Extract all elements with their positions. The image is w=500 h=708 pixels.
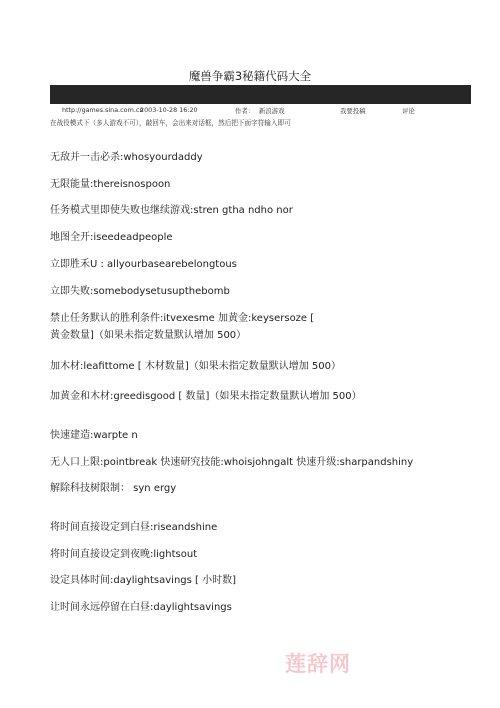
cheat-line: 快速建造:warpte n	[50, 430, 138, 442]
comment-link[interactable]: 评论	[402, 106, 415, 115]
cheat-line: 地图全开:iseedeadpeople	[50, 232, 173, 244]
cheat-line: 让时间永远停留在白昼:daylightsavings	[50, 602, 232, 614]
cheat-line: 立即胜禾U : allyourbasearebelongtous	[50, 259, 237, 271]
cheat-line: 任务模式里即使失败也继续游戏:stren gtha ndho nor	[50, 205, 293, 217]
cheat-line: 加木材:leafittome [ 木材数量]（如果未指定数量默认增加 500）	[50, 361, 341, 373]
cheat-line: 禁止任务默认的胜利条件:itvexesme 加黄金:keysersoze [	[50, 313, 314, 325]
cheat-line: 加黄金和木材:greedisgood [ 数量]（如果未指定数量默认增加 500…	[50, 391, 362, 403]
cheat-line: 设定具体时间:daylightsavings [ 小时数]	[50, 575, 236, 587]
cheat-line: 解除科技树限制： syn ergy	[50, 483, 176, 495]
cheat-line: 黄金数量]（如果未指定数量默认增加 500）	[50, 330, 246, 342]
cheat-line: 无限能量:thereisnospoon	[50, 179, 170, 191]
intro-text: 在战役模式下（多人游戏不可），敲回车，会出来对话框，然后把下面字符输入即可	[50, 117, 291, 127]
page-title: 魔兽争霸3秘籍代码大全	[0, 68, 500, 84]
author-label: 作者：	[235, 106, 254, 115]
article-meta: http://games.sina.com.cn 2003-10-28 16:2…	[0, 106, 500, 116]
cheat-line: 将时间直接设定到白昼:riseandshine	[50, 522, 217, 534]
cheat-line: 立即失败:somebodysetusupthebomb	[50, 286, 230, 298]
cheat-line: 无人口上限:pointbreak 快速研究技能:whoisjohngalt 快速…	[50, 457, 413, 469]
cheat-line: 将时间直接设定到夜晚:lightsout	[50, 549, 197, 561]
header-banner-bar	[50, 85, 471, 104]
source-link[interactable]: http://games.sina.com.cn	[62, 106, 143, 114]
submit-article-link[interactable]: 我要投稿	[340, 106, 366, 115]
cheat-line: 无敌并一击必杀:whosyourdaddy	[50, 152, 203, 164]
watermark-logo: 莲辞网	[285, 648, 351, 678]
publish-datetime: 2003-10-28 16:20	[140, 106, 198, 114]
author-name: 新浪游戏	[259, 106, 285, 115]
